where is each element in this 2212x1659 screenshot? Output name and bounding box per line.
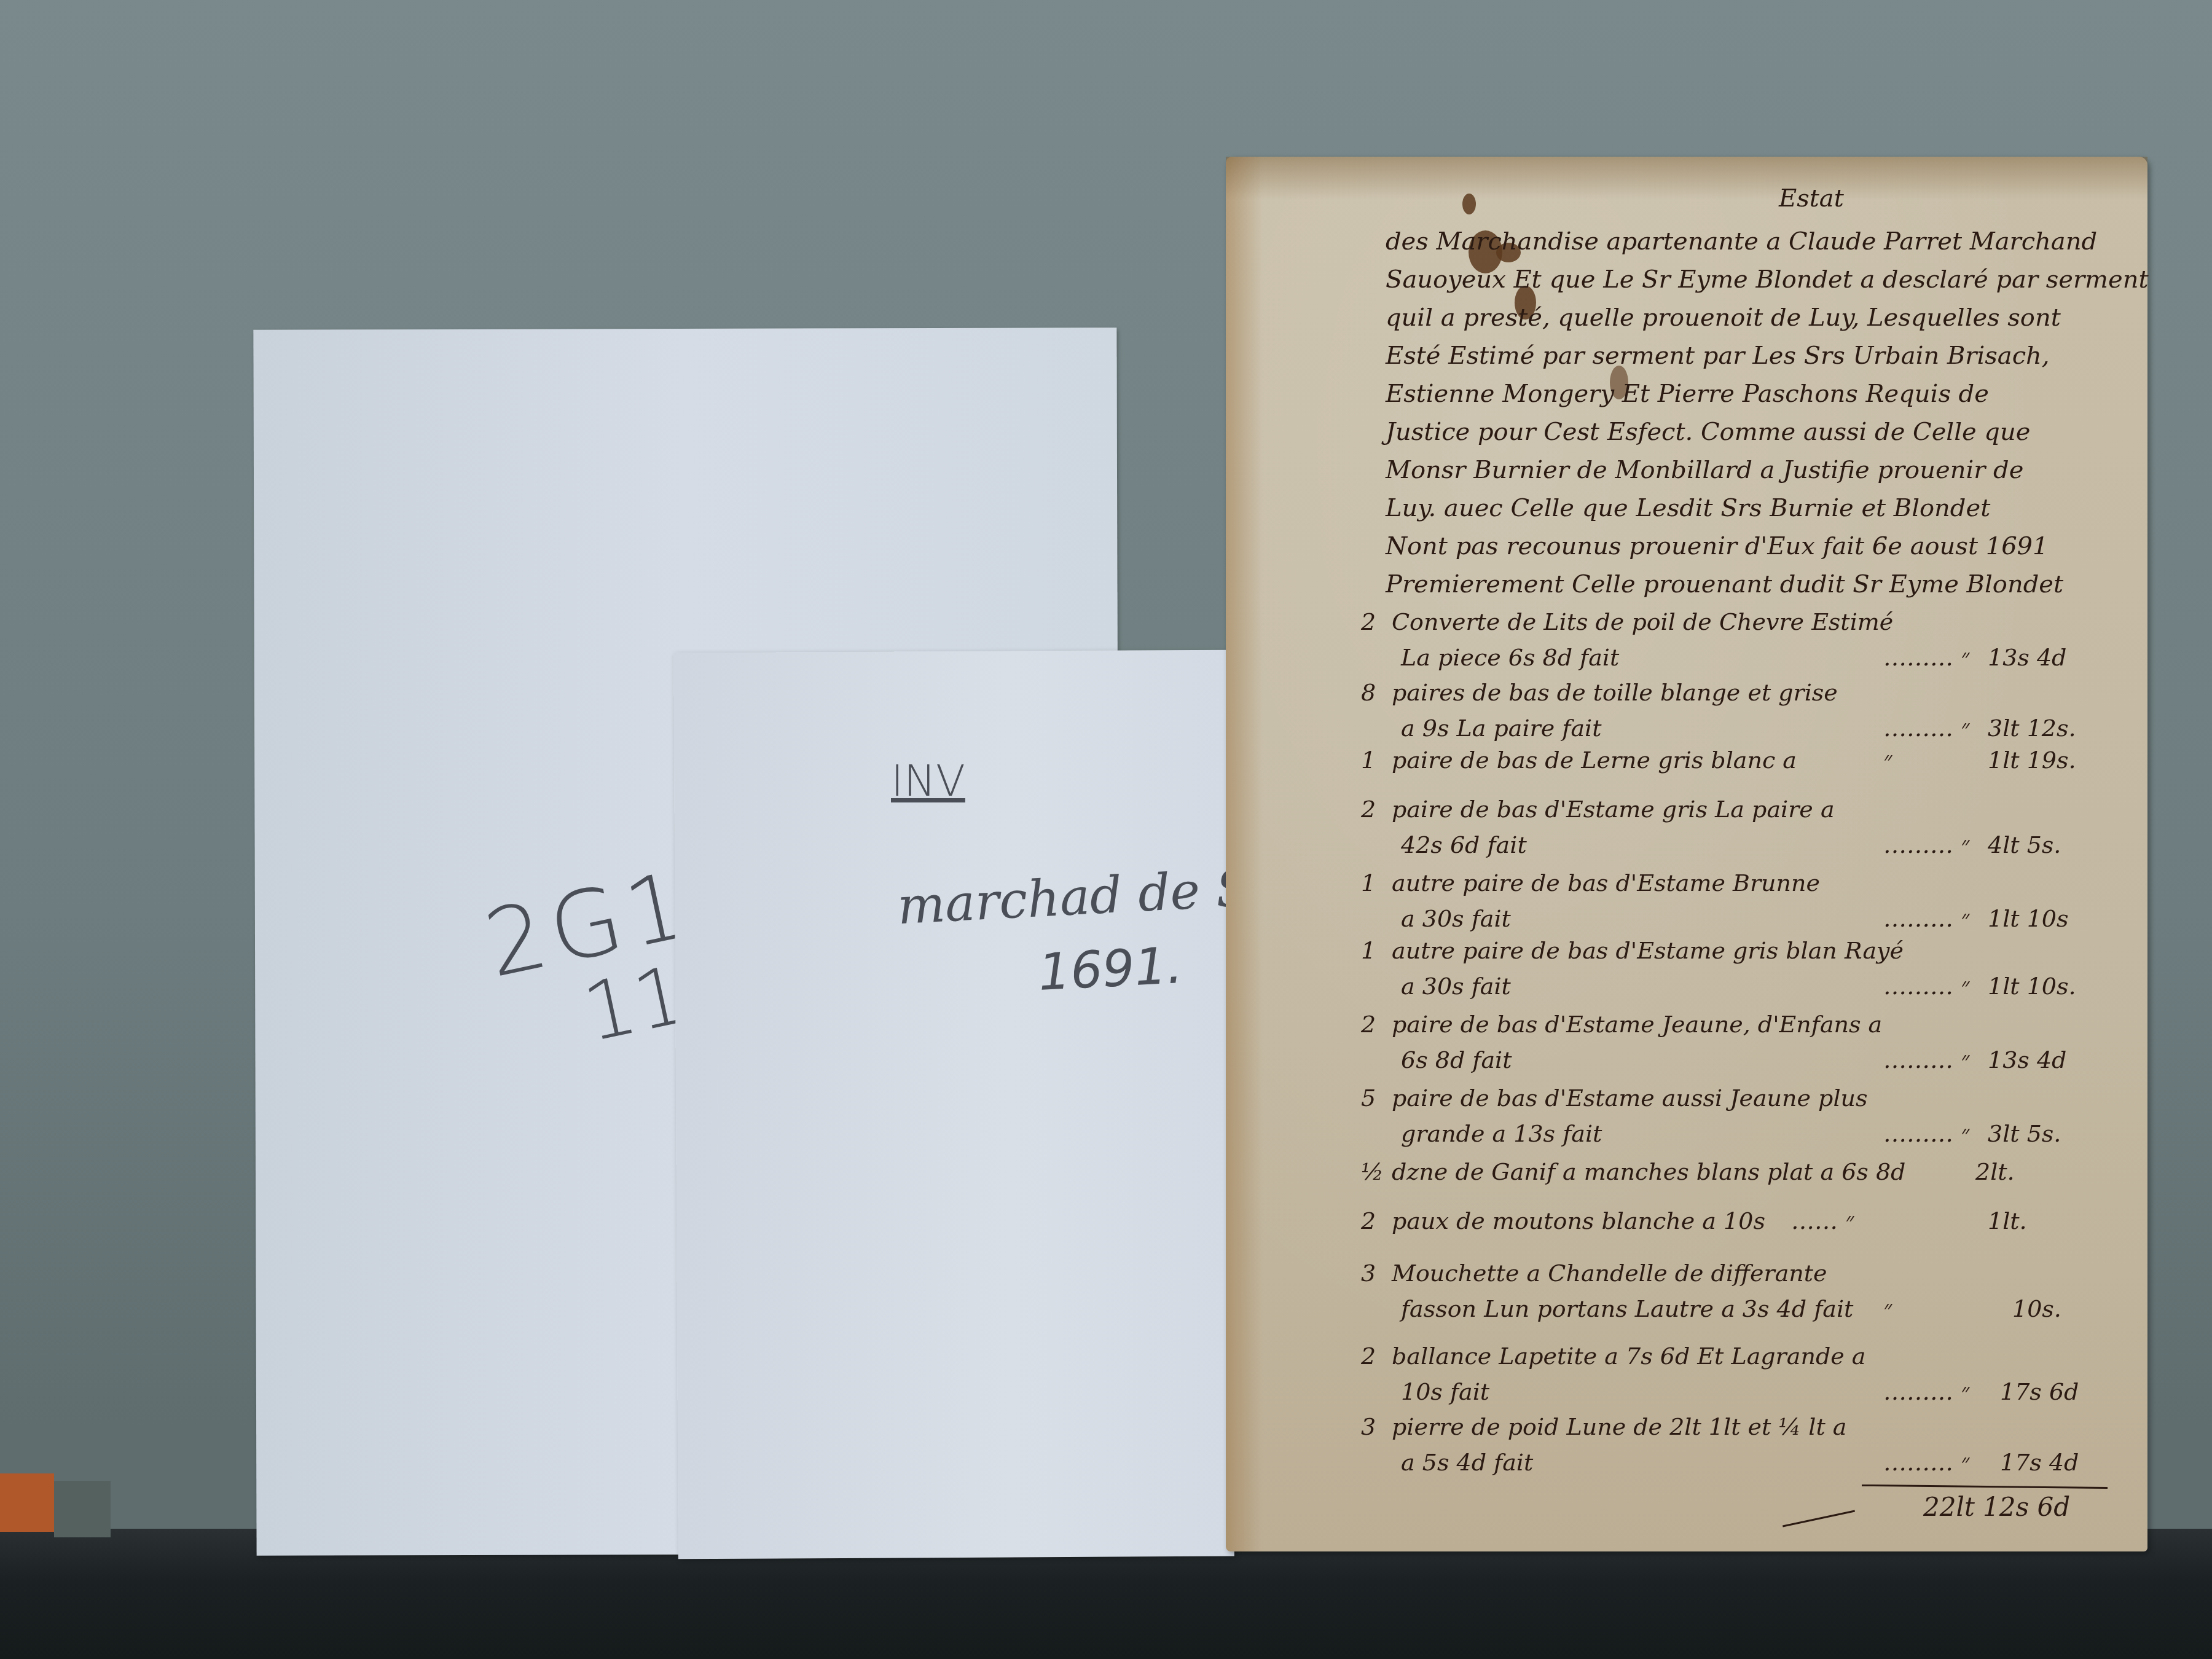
item-quantity: ½ [1361, 1158, 1392, 1185]
item-description-cont: La piece 6s 8d fait [1401, 644, 1619, 671]
item-quantity: 2 [1361, 1343, 1392, 1370]
item-quantity: 2 [1361, 1011, 1392, 1038]
item-quantity: 1 [1361, 869, 1392, 896]
item-quantity: 3 [1361, 1260, 1392, 1287]
item-quantity: 1 [1361, 747, 1392, 774]
ditto-mark: ״ [1883, 1295, 1892, 1323]
cover-label-inv: INV [891, 756, 965, 806]
intro-line: quil a presté, quelle prouenoit de Luy, … [1386, 304, 2061, 332]
item-quantity: 8 [1361, 679, 1392, 706]
item-quantity: 2 [1361, 796, 1392, 823]
item-amount: 3lt 5s. [1988, 1120, 2061, 1147]
intro-line: des Marchandise apartenante a Claude Par… [1386, 227, 2097, 256]
intro-line: Justice pour Cest Esfect. Comme aussi de… [1386, 418, 2030, 446]
item-description: paire de bas d'Estame Jeaune, d'Enfans a [1392, 1011, 1882, 1038]
item-quantity: 2 [1361, 1207, 1392, 1234]
item-amount: 4lt 5s. [1988, 831, 2061, 858]
item-description-cont: a 30s fait [1401, 905, 1511, 932]
item-amount: 1lt 10s. [1988, 973, 2076, 1000]
item-amount: 1lt. [1988, 1207, 2027, 1234]
ditto-mark: ……… ״ [1883, 715, 1970, 742]
item-description-cont: 6s 8d fait [1401, 1046, 1512, 1073]
ditto-mark: ……… ״ [1883, 1120, 1970, 1148]
manuscript-title: Estat [1779, 184, 1844, 213]
item-amount: 10s. [2012, 1295, 2061, 1322]
item-description: autre paire de bas d'Estame gris blan Ra… [1392, 937, 1904, 964]
ditto-mark: …… ״ [1791, 1207, 1854, 1235]
item-description-cont: a 30s fait [1401, 973, 1511, 1000]
intro-line: Estienne Mongery Et Pierre Paschons Requ… [1386, 380, 1989, 408]
item-description-cont: fasson Lun portans Lautre a 3s 4d fait [1401, 1295, 1853, 1322]
item-amount: 17s 6d [2000, 1378, 2079, 1405]
item-description: paire de bas d'Estame gris La paire a [1392, 796, 1835, 823]
intro-line: Monsr Burnier de Monbillard a Justifie p… [1386, 456, 2023, 484]
item-description-cont: 10s fait [1401, 1378, 1489, 1405]
item-description-cont: grande a 13s fait [1401, 1120, 1602, 1147]
ditto-mark: ……… ״ [1883, 1046, 1970, 1074]
item-amount: 13s 4d [1988, 1046, 2066, 1073]
intro-line: Esté Estimé par serment par Les Srs Urba… [1386, 342, 2050, 370]
item-description: dzne de Ganif a manches blans plat a 6s … [1392, 1158, 1905, 1185]
item-description: pierre de poid Lune de 2lt 1lt et ¼ lt a [1392, 1413, 1846, 1440]
intro-line: Luy. auec Celle que Lesdit Srs Burnie et… [1386, 494, 1990, 522]
item-description: ballance Lapetite a 7s 6d Et Lagrande a [1392, 1343, 1865, 1370]
item-description: paire de bas de Lerne gris blanc a [1392, 747, 1797, 774]
item-amount: 1lt 10s [1988, 905, 2069, 932]
total-amount: 22lt 12s 6d [1923, 1492, 2070, 1522]
ditto-mark: ……… ״ [1883, 644, 1970, 672]
item-amount: 17s 4d [2000, 1449, 2079, 1476]
intro-line: Nont pas recounus prouenir d'Eux fait 6e… [1386, 532, 2048, 560]
intro-line: Premierement Celle prouenant dudit Sr Ey… [1386, 570, 2063, 598]
item-quantity: 3 [1361, 1413, 1392, 1440]
intro-line: Sauoyeux Et que Le Sr Eyme Blondet a des… [1386, 265, 2149, 294]
item-description-cont: 42s 6d fait [1401, 831, 1527, 858]
item-quantity: 1 [1361, 937, 1392, 964]
item-description: autre paire de bas d'Estame Brunne [1392, 869, 1820, 896]
item-amount: 13s 4d [1988, 644, 2066, 671]
item-description: Mouchette a Chandelle de differante [1392, 1260, 1827, 1287]
ink-stain [1462, 194, 1476, 214]
item-description: paires de bas de toille blange et grise [1392, 679, 1838, 706]
item-quantity: 5 [1361, 1084, 1392, 1112]
item-description: Converte de Lits de poil de Chevre Estim… [1392, 608, 1893, 635]
item-amount: 2lt. [1975, 1158, 2015, 1185]
item-quantity: 2 [1361, 608, 1392, 635]
ditto-mark: ……… ״ [1883, 831, 1970, 859]
cover-label-year: 1691. [1037, 936, 1184, 1002]
item-description: paire de bas d'Estame aussi Jeaune plus [1392, 1084, 1868, 1112]
ditto-mark: ……… ״ [1883, 1449, 1970, 1477]
item-amount: 3lt 12s. [1988, 715, 2076, 742]
item-amount: 1lt 19s. [1988, 747, 2076, 774]
grey-block [54, 1481, 111, 1537]
ditto-mark: ……… ״ [1883, 1378, 1970, 1406]
item-description-cont: a 9s La paire fait [1401, 715, 1601, 742]
orange-tab [0, 1473, 54, 1532]
ditto-mark: ״ [1883, 747, 1892, 774]
item-description: paux de moutons blanche a 10s [1392, 1207, 1765, 1234]
item-description-cont: a 5s 4d fait [1401, 1449, 1533, 1476]
ditto-mark: ……… ״ [1883, 905, 1970, 933]
ditto-mark: ……… ״ [1883, 973, 1970, 1000]
